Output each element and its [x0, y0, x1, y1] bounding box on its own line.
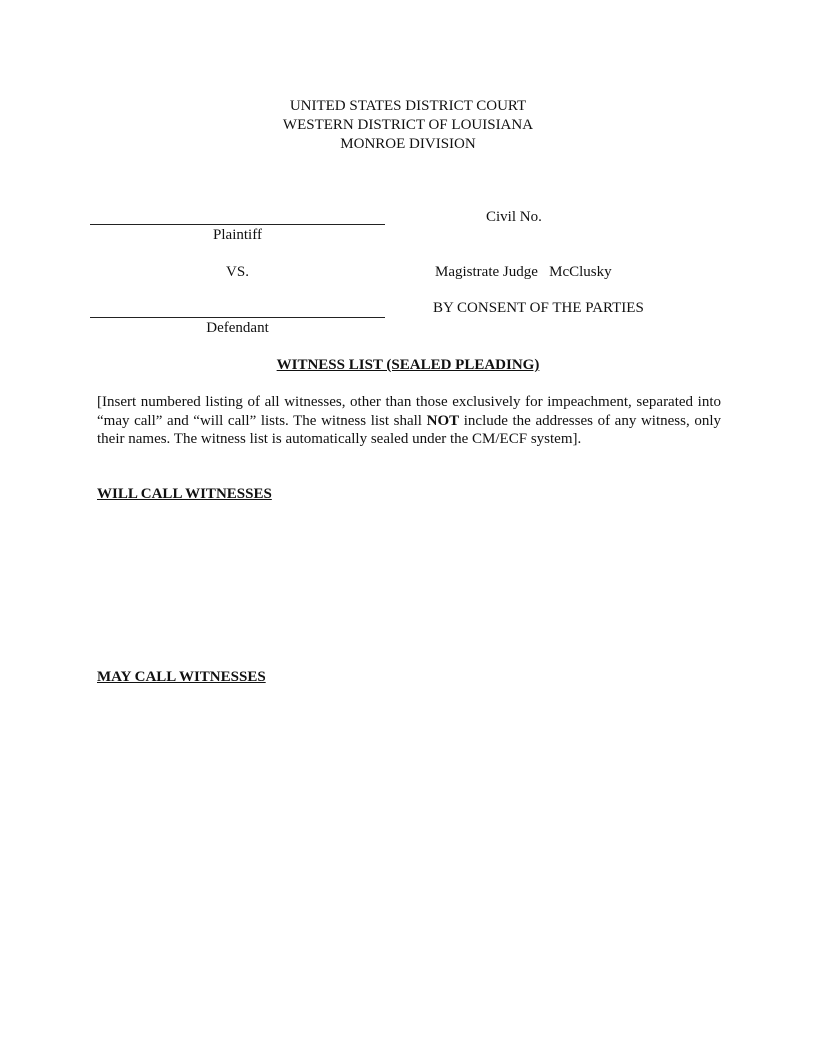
court-name: UNITED STATES DISTRICT COURT: [0, 97, 816, 116]
civil-number-label: Civil No.: [486, 209, 542, 226]
magistrate-judge: Magistrate Judge McClusky: [435, 264, 612, 281]
court-header: UNITED STATES DISTRICT COURT WESTERN DIS…: [0, 97, 816, 154]
consent-label: BY CONSENT OF THE PARTIES: [433, 300, 644, 317]
defendant-line: [90, 317, 385, 318]
defendant-label: Defendant: [90, 320, 385, 337]
instructions-paragraph: [Insert numbered listing of all witnesse…: [97, 393, 721, 449]
judge-name: McClusky: [549, 264, 612, 280]
plaintiff-line: [90, 224, 385, 225]
versus-label: VS.: [90, 264, 385, 281]
title-wrap: WITNESS LIST (SEALED PLEADING): [0, 357, 816, 374]
instructions-bold: NOT: [427, 413, 460, 429]
may-call-heading: MAY CALL WITNESSES: [97, 669, 266, 685]
division-name: MONROE DIVISION: [0, 135, 816, 154]
plaintiff-label: Plaintiff: [90, 227, 385, 244]
document-title: WITNESS LIST (SEALED PLEADING): [277, 357, 540, 373]
district-name: WESTERN DISTRICT OF LOUISIANA: [0, 116, 816, 135]
may-call-heading-wrap: MAY CALL WITNESSES: [97, 669, 266, 686]
judge-label: Magistrate Judge: [435, 264, 538, 280]
will-call-heading-wrap: WILL CALL WITNESSES: [97, 486, 272, 503]
will-call-heading: WILL CALL WITNESSES: [97, 486, 272, 502]
